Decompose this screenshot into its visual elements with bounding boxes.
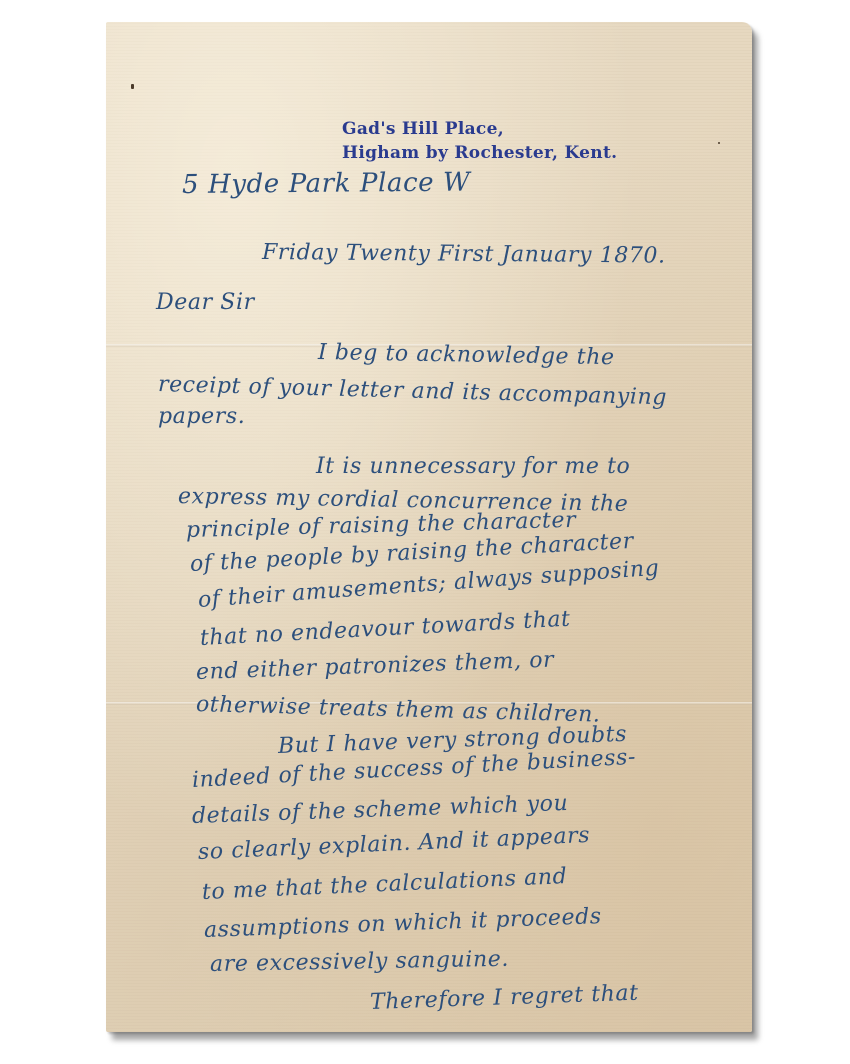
letterhead: Gad's Hill Place, Higham by Rochester, K… <box>342 117 617 165</box>
letterhead-line-1: Gad's Hill Place, <box>342 117 617 141</box>
body-line: to me that the calculations and <box>201 864 567 905</box>
paper-speck <box>718 142 720 144</box>
letterhead-line-2: Higham by Rochester, Kent. <box>342 141 617 165</box>
letter-sheet: Gad's Hill Place, Higham by Rochester, K… <box>106 22 752 1032</box>
sender-address: 5 Hyde Park Place W <box>182 167 471 200</box>
body-line: assumptions on which it proceeds <box>204 904 603 943</box>
body-line: that no endeavour towards that <box>199 607 571 651</box>
page-stage: Gad's Hill Place, Higham by Rochester, K… <box>0 0 850 1064</box>
body-line: otherwise treats them as children. <box>196 692 601 728</box>
body-line: papers. <box>158 404 245 429</box>
body-line: details of the scheme which you <box>192 791 569 829</box>
body-line: end either patronizes them, or <box>196 647 555 684</box>
body-line: Therefore I regret that <box>370 981 639 1015</box>
body-line: It is unnecessary for me to <box>316 454 630 479</box>
paper-speck <box>131 84 134 89</box>
body-line: so clearly explain. And it appears <box>197 823 590 865</box>
salutation: Dear Sir <box>156 290 255 315</box>
body-line: are excessively sanguine. <box>210 947 509 977</box>
letter-date: Friday Twenty First January 1870. <box>262 240 666 269</box>
body-line: I beg to acknowledge the <box>318 340 615 370</box>
